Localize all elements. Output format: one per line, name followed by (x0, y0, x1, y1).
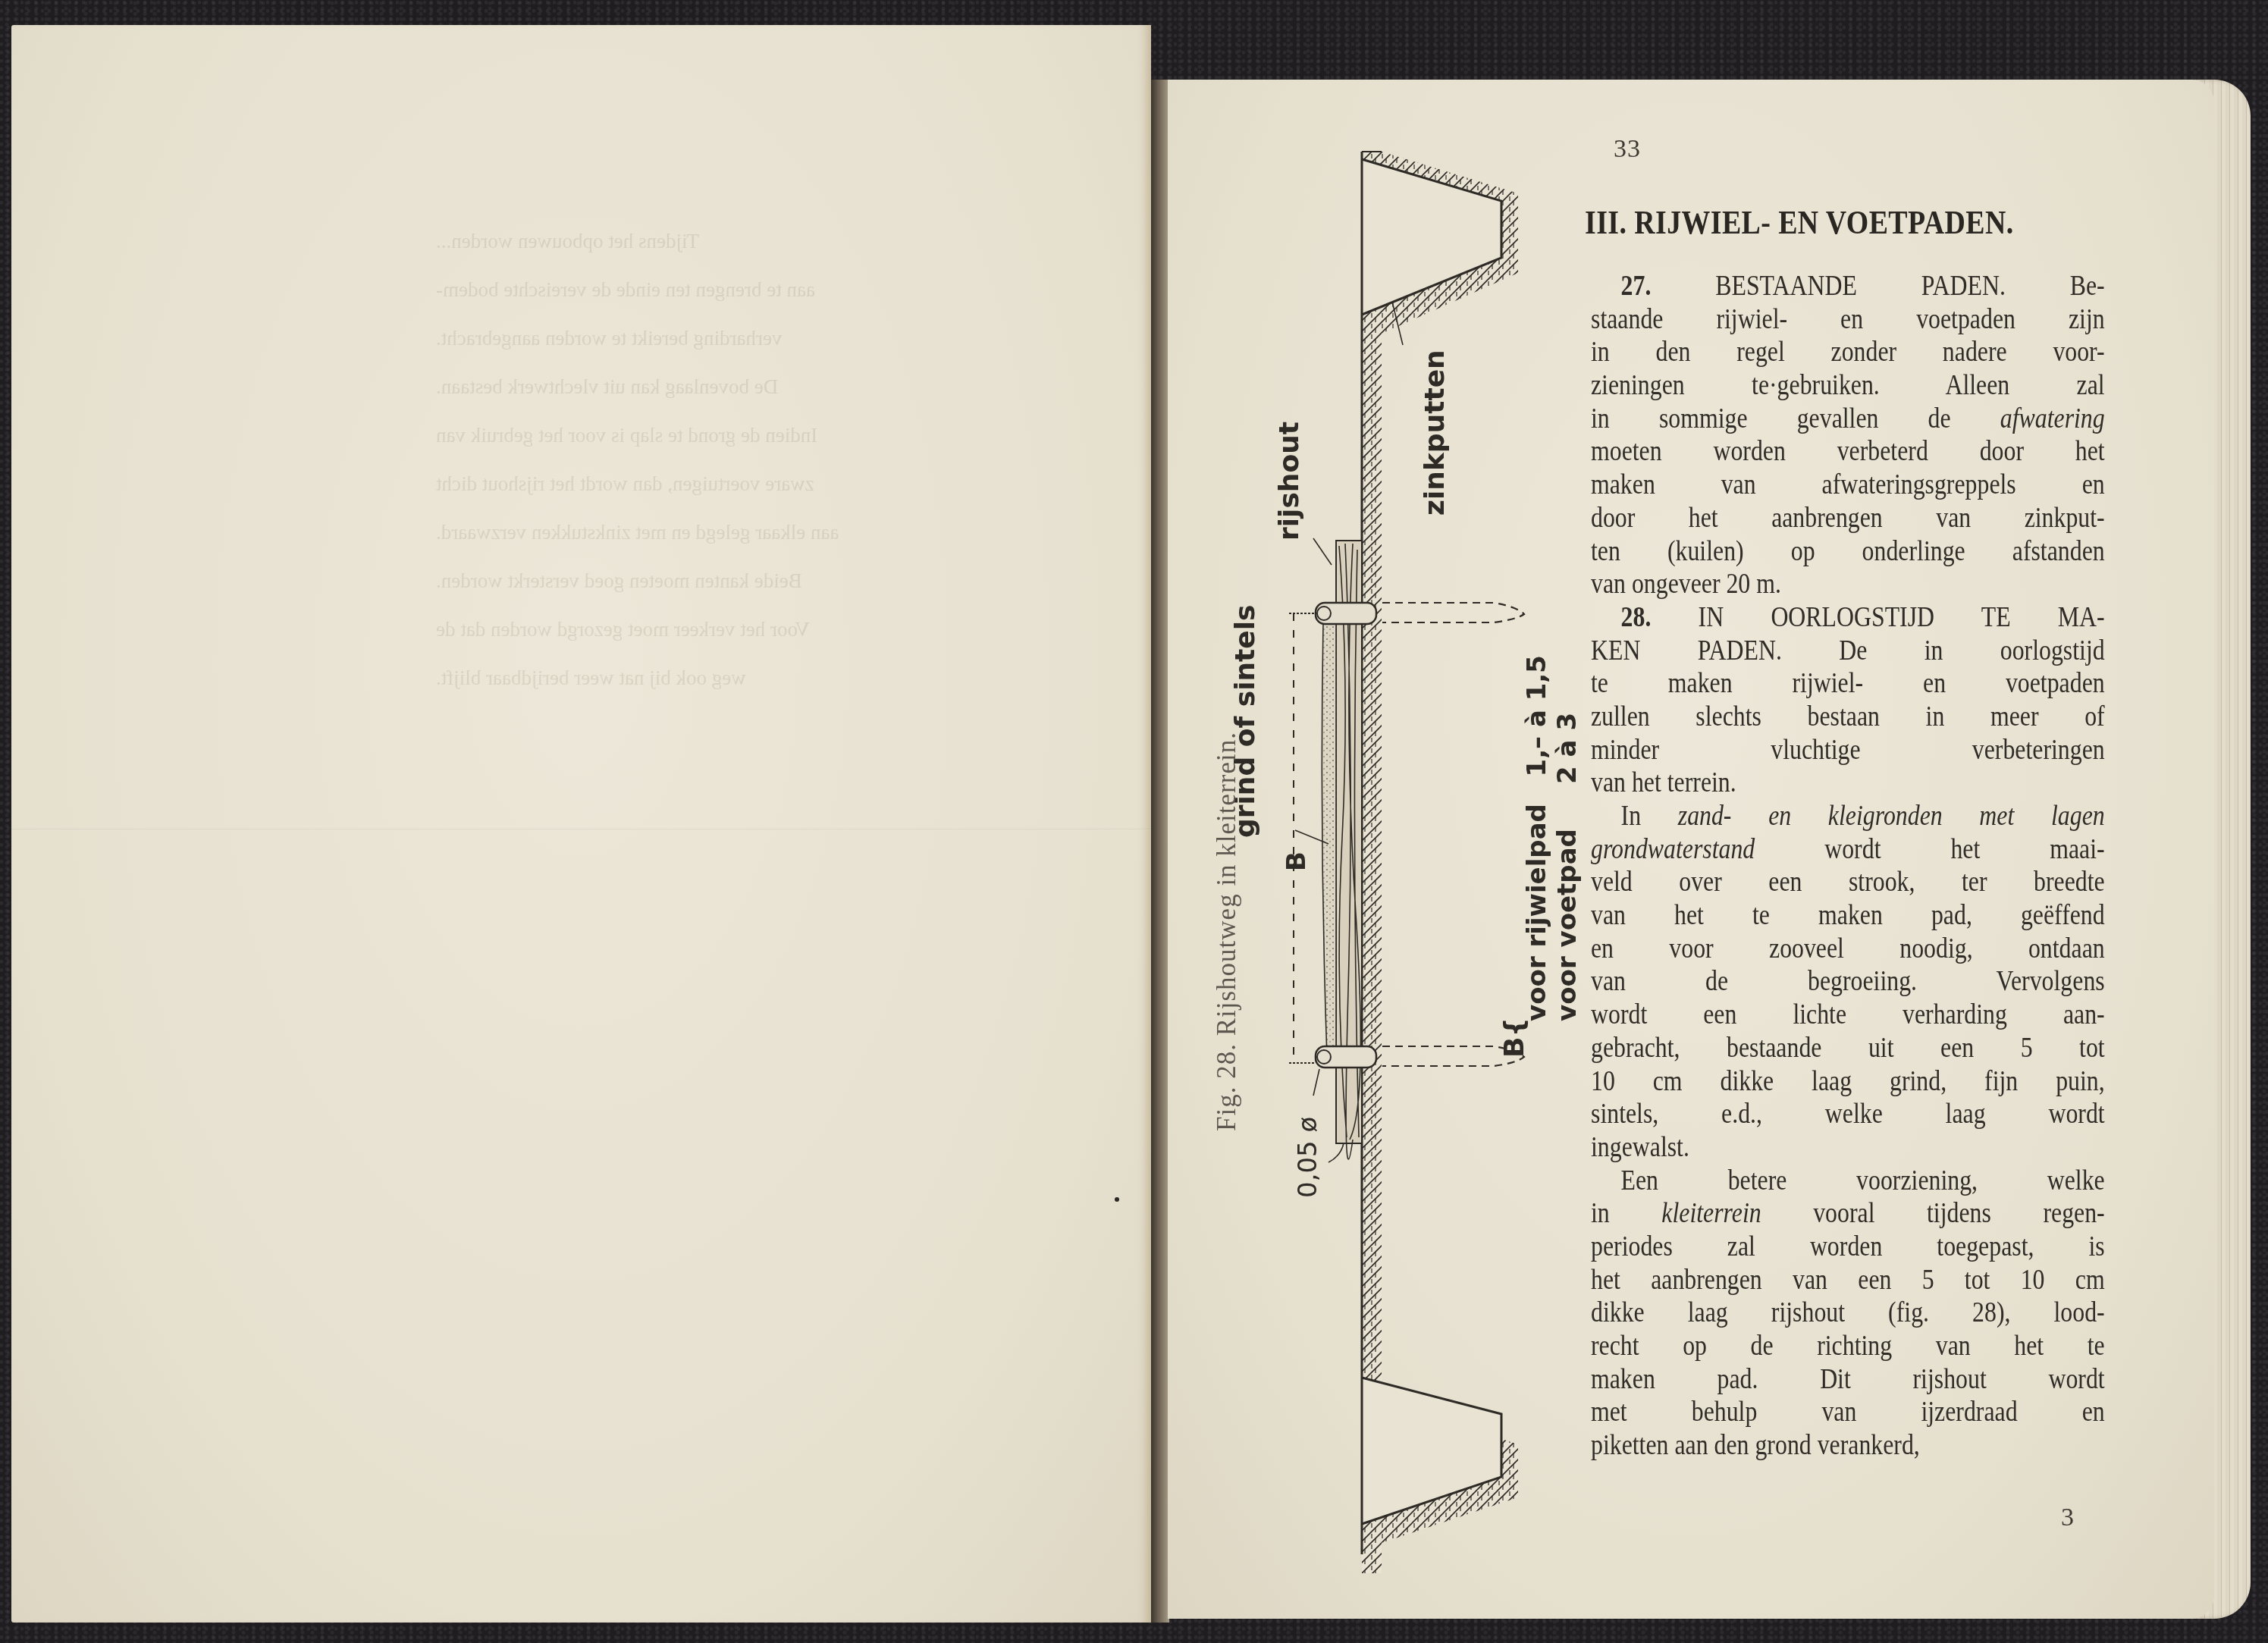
text-line: wordt een lichte verharding aan- (1591, 999, 2105, 1032)
text-line: zullen slechts bestaan in meer of (1591, 701, 2105, 734)
show-through-line: Tijdens het opbouwen worden... (11, 230, 1151, 253)
text-line: in sommige gevallen de afwatering (1591, 403, 2105, 436)
show-through-line: Voor het verkeer moet gezorgd worden dat… (11, 618, 1151, 641)
page-fold-crease (11, 829, 1151, 830)
text-line: door het aanbrengen van zinkput- (1591, 502, 2105, 535)
show-through-line: zware voertuigen, dan wordt het rijshout… (11, 472, 1151, 496)
text-line: In zand- en kleigronden met lagen (1591, 800, 2105, 833)
show-through-line: Indien de grond te slap is voor het gebr… (11, 424, 1151, 447)
text-line: ten (kuilen) op onderlinge afstanden (1591, 535, 2105, 569)
body-text: 27. BESTAANDE PADEN. Be-staande rijwiel-… (1591, 270, 2105, 1463)
text-line: het aanbrengen van een 5 tot 10 cm (1591, 1264, 2105, 1297)
text-line: maken van afwateringsgreppels en (1591, 469, 2105, 502)
page-number: 33 (1614, 135, 1641, 164)
show-through-line: De bovenlaag kan uit vlechtwerk bestaan. (11, 375, 1151, 399)
text-line: dikke laag rijshout (fig. 28), lood- (1591, 1297, 2105, 1330)
text-line: 28. IN OORLOGSTIJD TE MA- (1591, 601, 2105, 635)
text-line: recht op de richting van het te (1591, 1330, 2105, 1363)
text-line: 27. BESTAANDE PADEN. Be- (1591, 270, 2105, 303)
signature-mark: 3 (2061, 1503, 2074, 1532)
chapter-heading: III. RIJWIEL- EN VOETPADEN. (1585, 203, 2014, 242)
label-rijshout: rijshout (1274, 422, 1305, 541)
text-line: gebracht, bestaande uit een 5 tot (1591, 1032, 2105, 1065)
figure-caption: Fig. 28. Rijshoutweg in kleiterrein. (1212, 732, 1242, 1131)
text-line: piketten aan den grond verankerd, (1591, 1429, 2105, 1463)
text-line: in kleiterrein vooral tijdens regen- (1591, 1197, 2105, 1231)
text-line: ingewalst. (1591, 1131, 2105, 1165)
ink-speck (1115, 1197, 1119, 1202)
show-through-line: Beide kanten moeten goed versterkt worde… (11, 569, 1151, 593)
text-line: minder vluchtige verbeteringen (1591, 734, 2105, 767)
text-line: sintels, e.d., welke laag wordt (1591, 1098, 2105, 1131)
text-line: met behulp van ijzerdraad en (1591, 1396, 2105, 1429)
legend-row-rijwielpad: voor rijwielpad 1,– à 1,5 (1522, 655, 1552, 1021)
text-line: van het te maken pad, geëffend (1591, 899, 2105, 933)
text-line: KEN PADEN. De in oorlogstijd (1591, 635, 2105, 668)
text-line: maken pad. Dit rijshout wordt (1591, 1363, 2105, 1397)
text-line: veld over een strook, ter breedte (1591, 866, 2105, 899)
text-line: van de begroeiing. Vervolgens (1591, 965, 2105, 999)
label-dimension-b: B (1281, 851, 1312, 871)
book-spine-gutter (1151, 80, 1169, 1623)
label-zinkputten: zinkputten (1419, 350, 1451, 516)
show-through-line: aan te brengen ten einde de vereischte b… (11, 278, 1151, 302)
text-line: moeten worden verbeterd door het (1591, 435, 2105, 469)
figure-28-cross-section: zinkputten rijshout grind of sintels B 0… (1168, 80, 1592, 1619)
text-line: van ongeveer 20 m. (1591, 568, 2105, 601)
text-line: in den regel zonder nadere voor- (1591, 336, 2105, 369)
text-line: grondwaterstand wordt het maai- (1591, 833, 2105, 867)
text-line: staande rijwiel- en voetpaden zijn (1591, 303, 2105, 337)
label-b-legend-prefix: B{ (1499, 1017, 1530, 1058)
text-line: te maken rijwiel- en voetpaden (1591, 667, 2105, 701)
show-through-line: aan elkaar gelegd en met zinkstukken ver… (11, 521, 1151, 544)
left-page: Tijdens het opbouwen worden...aan te bre… (11, 25, 1151, 1623)
legend-row-voetpad: voor voetpad 2 à 3 (1552, 713, 1583, 1021)
text-line: van het terrein. (1591, 767, 2105, 800)
text-line: 10 cm dikke laag grind, fijn puin, (1591, 1065, 2105, 1099)
text-line: zieningen te·gebruiken. Alleen zal (1591, 369, 2105, 403)
text-line: en voor zooveel noodig, ontdaan (1591, 933, 2105, 966)
show-through-line: verharding bereikt te worden aangebracht… (11, 327, 1151, 350)
show-through-line: weg ook bij nat weer berijdbaar blijft. (11, 666, 1151, 690)
text-line: periodes zal worden toegepast, is (1591, 1231, 2105, 1264)
text-line: Een betere voorziening, welke (1591, 1165, 2105, 1198)
label-wire-diameter: 0,05 ø (1293, 1117, 1323, 1198)
